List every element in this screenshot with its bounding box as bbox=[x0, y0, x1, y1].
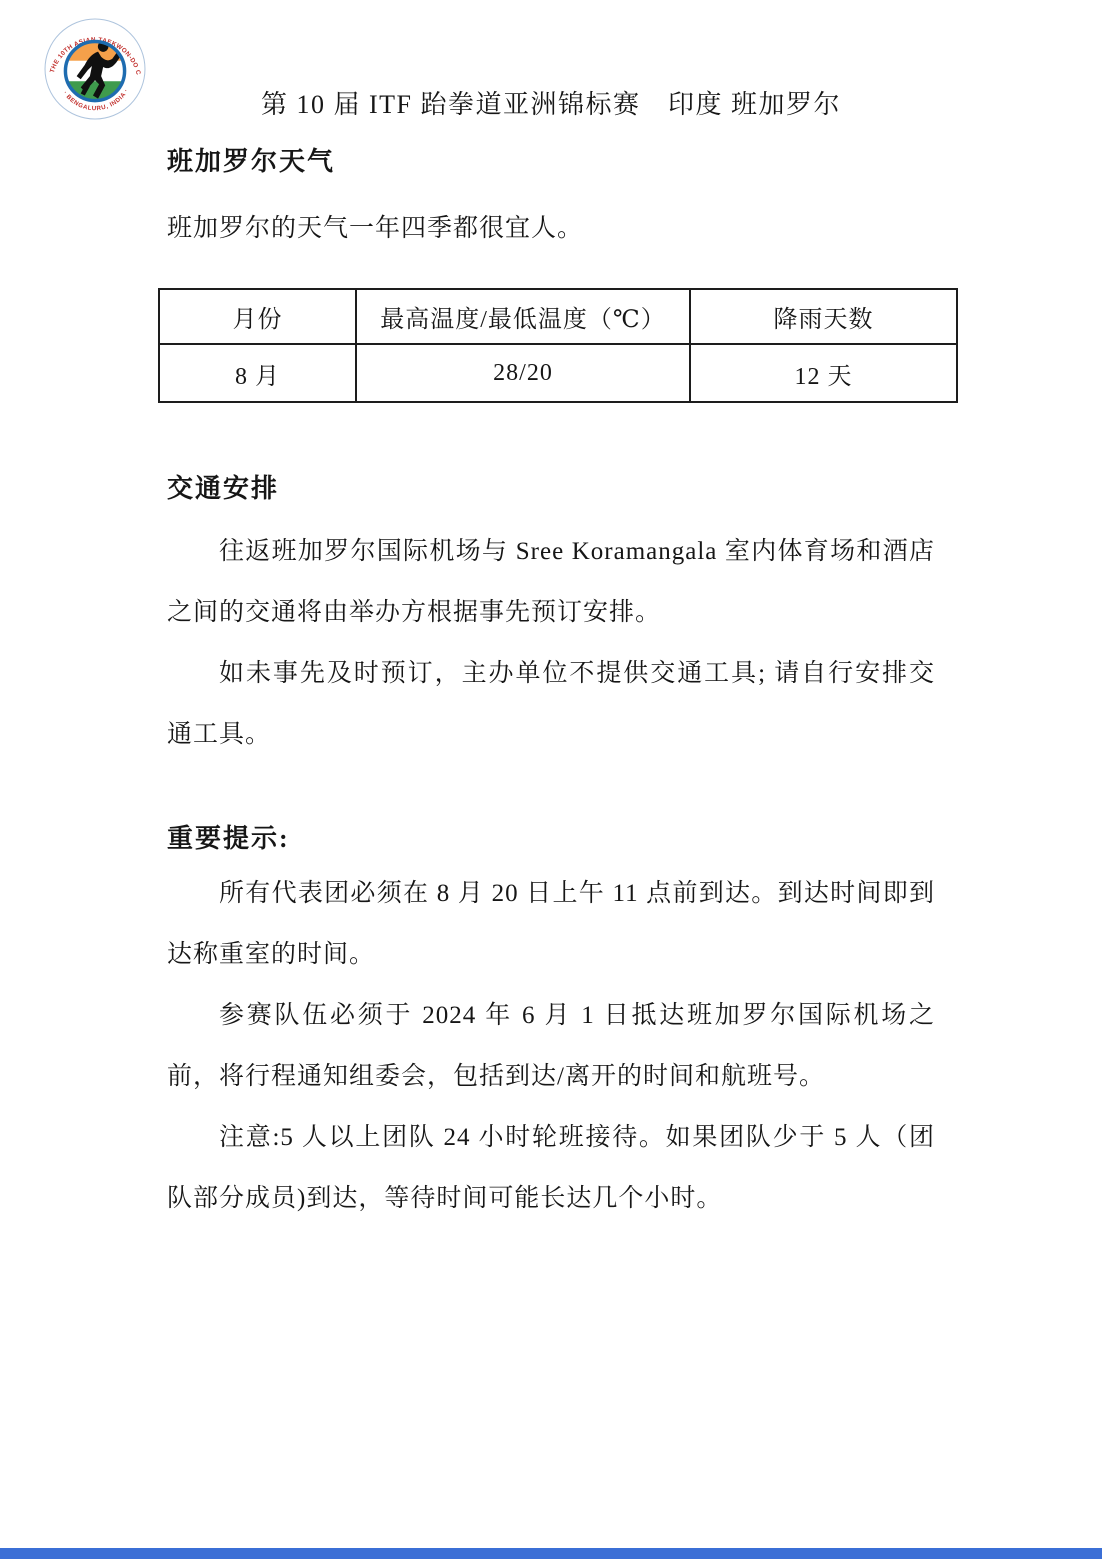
notice-paragraphs: 所有代表团必须在 8 月 20 日上午 11 点前到达。到达时间即到达称重室的时… bbox=[167, 863, 935, 1229]
table-cell-temperature: 28/20 bbox=[356, 344, 690, 402]
footer-accent-bar bbox=[0, 1548, 1102, 1559]
notice-section-heading: 重要提示: bbox=[167, 765, 935, 855]
notice-paragraph-2: 参赛队伍必须于 2024 年 6 月 1 日抵达班加罗尔国际机场之前，将行程通知… bbox=[167, 985, 935, 1107]
weather-table-header-row: 月份 最高温度/最低温度（℃） 降雨天数 bbox=[159, 289, 957, 344]
table-header-temperature: 最高温度/最低温度（℃） bbox=[356, 289, 690, 344]
table-header-rain-days: 降雨天数 bbox=[690, 289, 957, 344]
transport-paragraph-1: 往返班加罗尔国际机场与 Sree Koramangala 室内体育场和酒店之间的… bbox=[167, 521, 935, 643]
document-body: 班加罗尔天气 班加罗尔的天气一年四季都很宜人。 月份 最高温度/最低温度（℃） … bbox=[167, 0, 935, 1229]
transport-paragraph-2: 如未事先及时预订，主办单位不提供交通工具; 请自行安排交通工具。 bbox=[167, 643, 935, 765]
table-header-month: 月份 bbox=[159, 289, 356, 344]
notice-paragraph-3: 注意:5 人以上团队 24 小时轮班接待。如果团队少于 5 人（团队部分成员)到… bbox=[167, 1107, 935, 1229]
weather-intro-paragraph: 班加罗尔的天气一年四季都很宜人。 bbox=[167, 178, 935, 244]
weather-table: 月份 最高温度/最低温度（℃） 降雨天数 8 月 28/20 12 天 bbox=[158, 288, 958, 403]
weather-section-heading: 班加罗尔天气 bbox=[167, 0, 935, 178]
weather-table-data-row: 8 月 28/20 12 天 bbox=[159, 344, 957, 402]
table-cell-month: 8 月 bbox=[159, 344, 356, 402]
document-page: { "page": { "title": "第 10 届 ITF 跆拳道亚洲锦标… bbox=[0, 0, 1102, 1559]
transport-paragraphs: 往返班加罗尔国际机场与 Sree Koramangala 室内体育场和酒店之间的… bbox=[167, 521, 935, 765]
notice-paragraph-1: 所有代表团必须在 8 月 20 日上午 11 点前到达。到达时间即到达称重室的时… bbox=[167, 863, 935, 985]
transport-section-heading: 交通安排 bbox=[167, 403, 935, 505]
table-cell-rain-days: 12 天 bbox=[690, 344, 957, 402]
